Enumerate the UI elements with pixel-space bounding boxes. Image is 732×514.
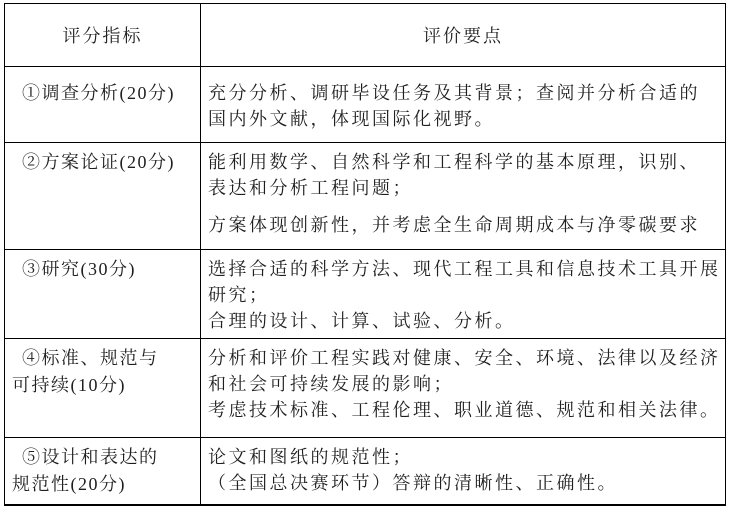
- points-line: 和社会可持续发展的影响；: [208, 371, 721, 397]
- points-cell: 充分分析、调研毕设任务及其背景；查阅并分析合适的 国内外文献，体现国际化视野。: [201, 67, 726, 143]
- points-cell: 分析和评价工程实践对健康、安全、环境、法律以及经济 和社会可持续发展的影响； 考…: [201, 339, 726, 438]
- criterion-row-standards-sustainability: ④标准、规范与 可持续(10分) 分析和评价工程实践对健康、安全、环境、法律以及…: [5, 339, 726, 438]
- indicator-cell: ③研究(30分): [5, 250, 201, 339]
- indicator-column-header: 评分指标: [5, 4, 201, 67]
- points-cell: 能利用数学、自然科学和工程科学的基本原理，识别、 表达和分析工程问题； 方案体现…: [201, 143, 726, 250]
- points-line: 研究；: [208, 282, 721, 308]
- indicator-cell: ①调查分析(20分): [5, 67, 201, 143]
- criterion-row-design-expression: ⑤设计和表达的 规范性(20分) 论文和图纸的规范性； （全国总决赛环节）答辩的…: [5, 438, 726, 505]
- points-line: 表达和分析工程问题；: [208, 175, 721, 201]
- criterion-row-investigation: ①调查分析(20分) 充分分析、调研毕设任务及其背景；查阅并分析合适的 国内外文…: [5, 67, 726, 143]
- header-row: 评分指标 评价要点: [5, 4, 726, 67]
- indicator-line: ②方案论证(20分): [12, 149, 196, 176]
- points-line: 选择合适的科学方法、现代工程工具和信息技术工具开展: [208, 256, 721, 282]
- document-page: 评分指标 评价要点 ①调查分析(20分) 充分分析、调研毕设任务及其背景；查阅并…: [0, 0, 732, 514]
- indicator-line: 规范性(20分): [12, 471, 196, 498]
- points-line: 论文和图纸的规范性；: [208, 444, 721, 470]
- points-line-blank: [208, 201, 721, 212]
- indicator-line: ①调查分析(20分): [12, 80, 196, 107]
- indicator-cell: ②方案论证(20分): [5, 143, 201, 250]
- indicator-line: ③研究(30分): [12, 256, 196, 283]
- points-line: （全国总决赛环节）答辩的清晰性、正确性。: [208, 470, 721, 496]
- criterion-row-scheme-demonstration: ②方案论证(20分) 能利用数学、自然科学和工程科学的基本原理，识别、 表达和分…: [5, 143, 726, 250]
- points-cell: 选择合适的科学方法、现代工程工具和信息技术工具开展 研究； 合理的设计、计算、试…: [201, 250, 726, 339]
- indicator-line: ④标准、规范与: [12, 345, 196, 372]
- indicator-cell: ⑤设计和表达的 规范性(20分): [5, 438, 201, 505]
- indicator-line: ⑤设计和表达的: [12, 444, 196, 471]
- indicator-line: 可持续(10分): [12, 372, 196, 399]
- points-column-header: 评价要点: [201, 4, 726, 67]
- points-line: 考虑技术标准、工程伦理、职业道德、规范和相关法律。: [208, 397, 721, 423]
- points-line: 能利用数学、自然科学和工程科学的基本原理，识别、: [208, 149, 721, 175]
- criterion-row-research: ③研究(30分) 选择合适的科学方法、现代工程工具和信息技术工具开展 研究； 合…: [5, 250, 726, 339]
- points-line: 充分分析、调研毕设任务及其背景；查阅并分析合适的: [208, 80, 721, 106]
- points-line: 合理的设计、计算、试验、分析。: [208, 308, 721, 334]
- evaluation-criteria-table: 评分指标 评价要点 ①调查分析(20分) 充分分析、调研毕设任务及其背景；查阅并…: [4, 3, 726, 506]
- points-line: 国内外文献，体现国际化视野。: [208, 106, 721, 132]
- points-line: 分析和评价工程实践对健康、安全、环境、法律以及经济: [208, 345, 721, 371]
- points-line: 方案体现创新性，并考虑全生命周期成本与净零碳要求: [208, 212, 721, 238]
- points-cell: 论文和图纸的规范性； （全国总决赛环节）答辩的清晰性、正确性。: [201, 438, 726, 505]
- indicator-cell: ④标准、规范与 可持续(10分): [5, 339, 201, 438]
